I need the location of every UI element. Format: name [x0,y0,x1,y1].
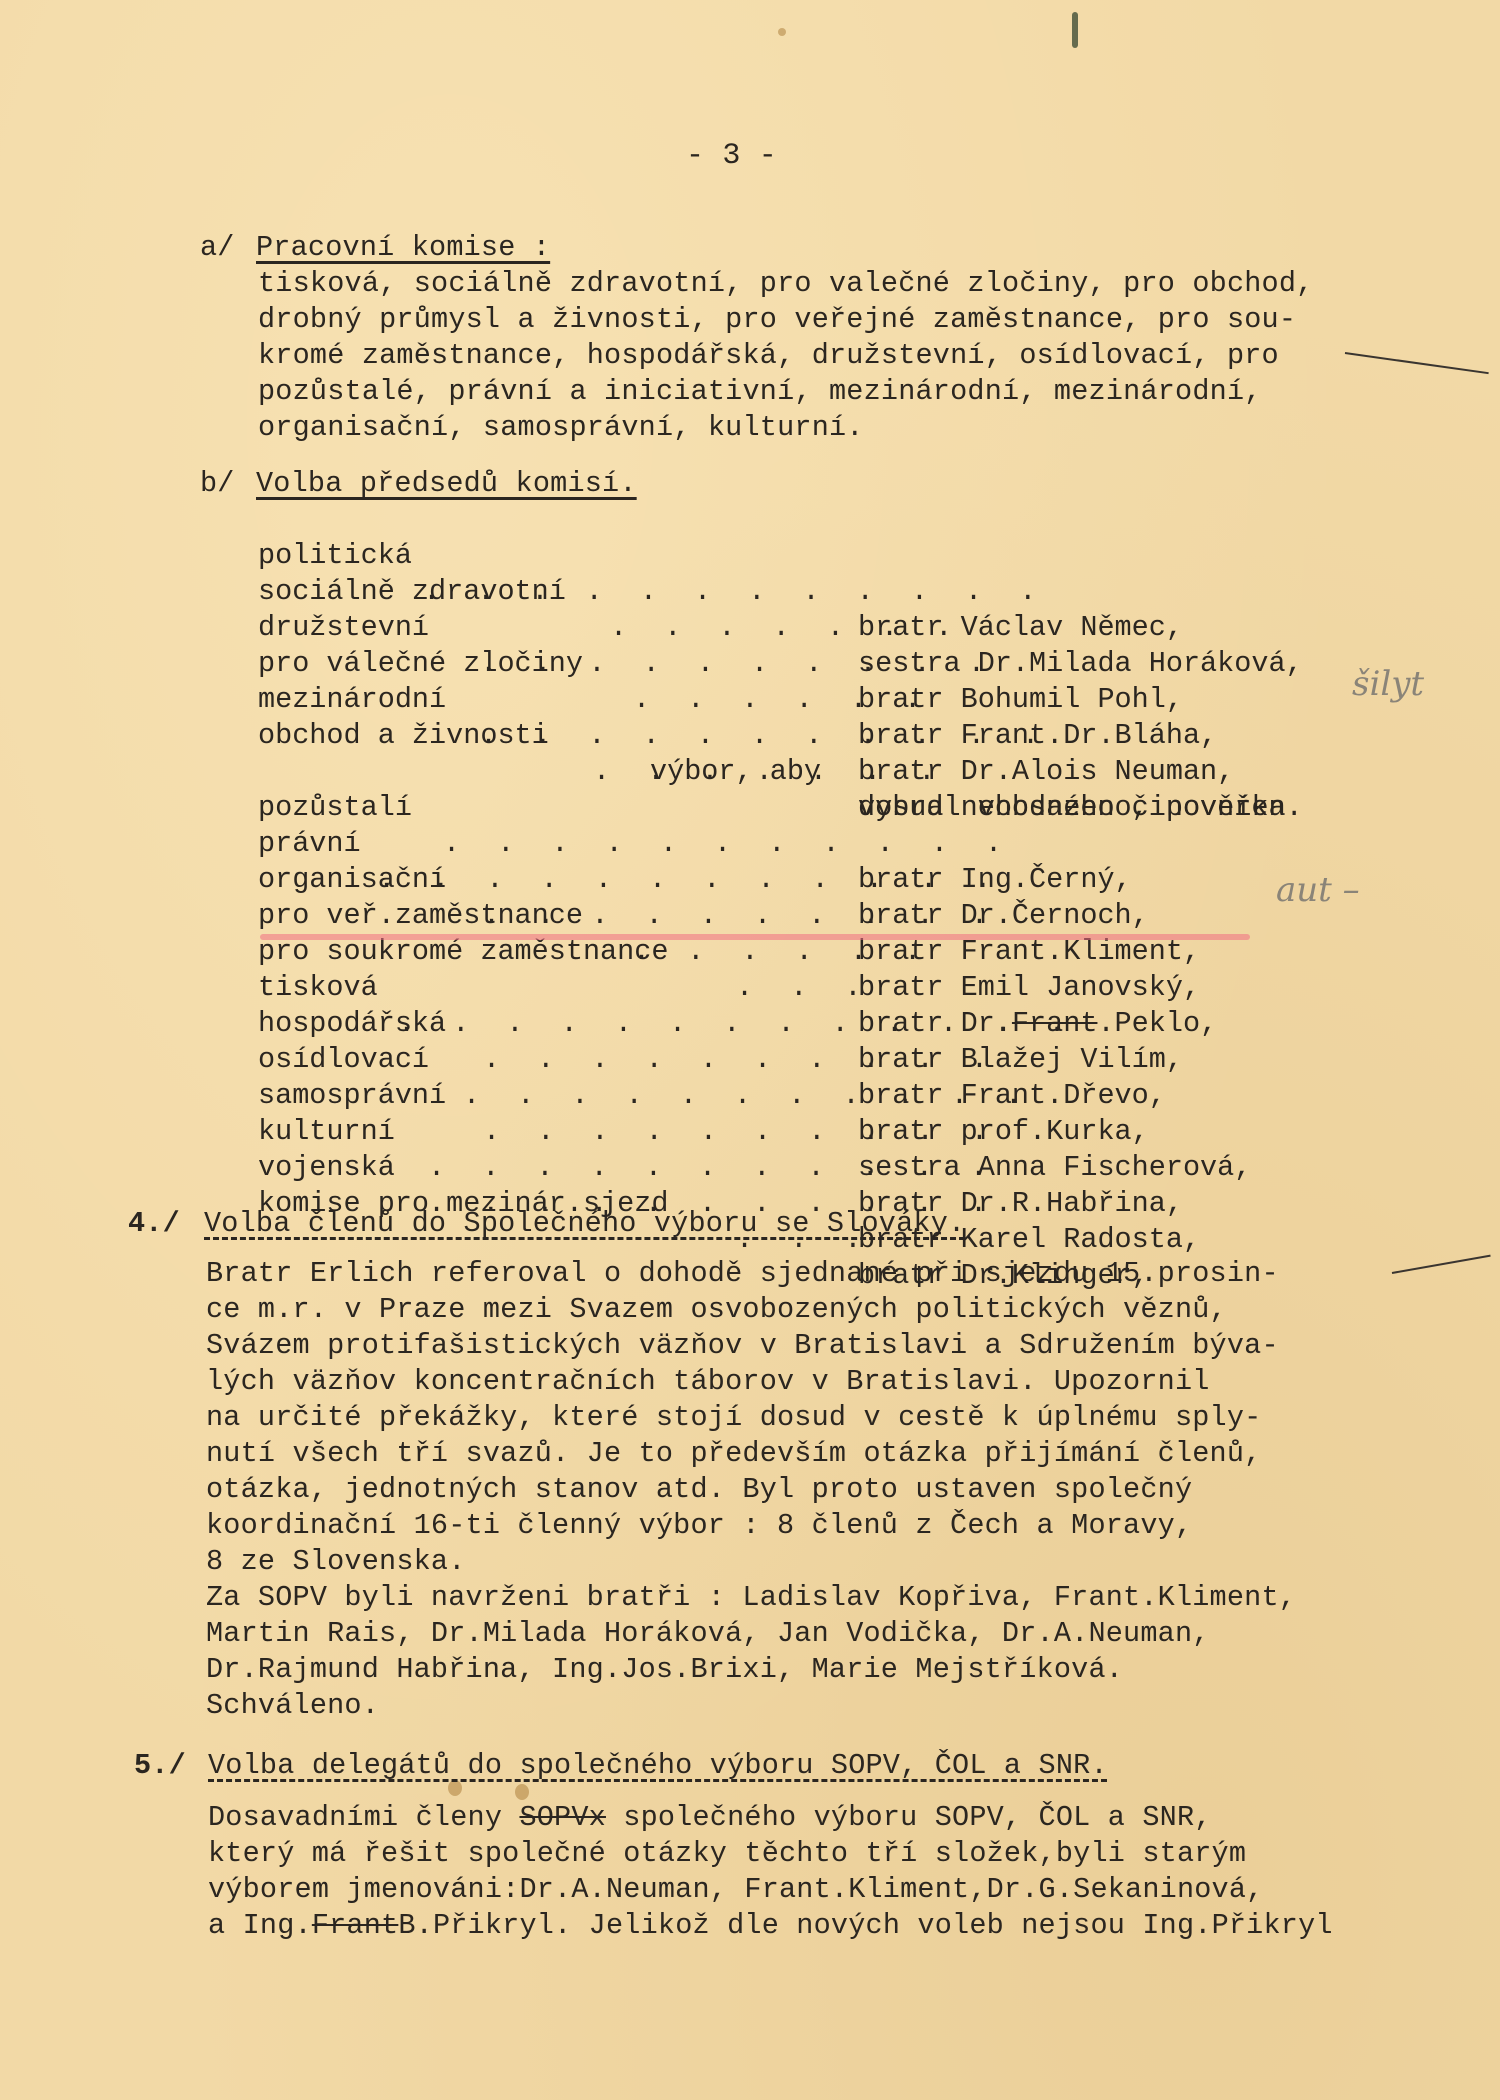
section-b-marker: b/ [200,466,235,502]
chair-row: samosprávní . . . . . . . . . . sestra A… [258,1042,1418,1078]
section-4-line: na určité překážky, které stojí dosud v … [206,1400,1261,1436]
section-4-line: otázka, jednotných stanov atd. Byl proto… [206,1472,1192,1508]
chair-row: výbor, aby vybral vhodného činovníka. [258,718,1418,754]
ink-mark [1072,12,1078,48]
section-a-line: organisační, samosprávní, kulturní. [258,410,864,446]
chair-row: pozůstalí . . . . . . . . . . . bratr In… [258,754,1418,790]
chair-row: pro soukromé zaměstnance . . . bratr Dr.… [258,898,1418,934]
section-4-line: Bratr Erlich referoval o dohodě sjednané… [206,1256,1279,1292]
stain [515,1784,529,1800]
section-a-line: kromé zaměstnance, hospodářská, družstev… [258,338,1279,374]
page-number: - 3 - [686,138,777,174]
struck-text: Frant [312,1909,399,1942]
section-5-line: Dosavadními členy SOPVx společného výbor… [208,1800,1212,1836]
section-5-line: výborem jmenováni:Dr.A.Neuman, Frant.Kli… [208,1872,1263,1908]
section-4-line: lých väzňov koncentračních táborov v Bra… [206,1364,1210,1400]
section-4-line: 8 ze Slovenska. [206,1544,466,1580]
section-4-line: Svázem protifašistických väzňov v Bratis… [206,1328,1279,1364]
chair-row: právní . . . . . . . . . . . . bratr Dr.… [258,790,1418,826]
chair-row: vojenská . . . . . . . . . . . bratr Kar… [258,1114,1418,1150]
chair-row: obchod a živnosti . . . . . . . dosud ne… [258,682,1418,718]
section-4-line: Schváleno. [206,1688,379,1724]
chair-row: osídlovací . . . . . . . . . . . bratr p… [258,1006,1418,1042]
chair-row: tisková . . . . . . . . . . . . . bratr … [258,934,1418,970]
section-a-heading: Pracovní komise : [256,230,550,266]
section-4-line: koordinační 16-ti členný výbor : 8 členů… [206,1508,1192,1544]
chair-row: sociálně zdravotní . . . . . . . sestra … [258,538,1418,574]
chair-row: komise pro mezinár.sjezd . . . bratr Dr.… [258,1150,1418,1186]
chair-row: hospodářská . . . . . . . . . . bratr Fr… [258,970,1418,1006]
stain [778,28,786,36]
section-5-line: který má řešit společné otázky těchto tř… [208,1836,1246,1872]
section-a-marker: a/ [200,230,235,266]
chair-row: politická . . . . . . . . . . . . bratr … [258,502,1418,538]
section-5-heading: Volba delegátů do společného výboru SOPV… [208,1748,1108,1784]
chair-row: kulturní . . . . . . . . . . . bratr Dr.… [258,1078,1418,1114]
handwritten-note: aut – [1276,870,1360,910]
section-5-line: a Ing.FrantB.Přikryl. Jelikož dle nových… [208,1908,1333,1944]
section-a-line: pozůstalé, právní a iniciativní, mezinár… [258,374,1262,410]
pen-stroke [1392,1255,1491,1274]
section-a-line: drobný průmysl a živnosti, pro veřejné z… [258,302,1296,338]
section-4-line: Za SOPV byli navrženi bratři : Ladislav … [206,1580,1296,1616]
chair-row: organisační . . . . . . . . . . bratr Fr… [258,826,1418,862]
struck-text: SOPVx [519,1801,606,1834]
handwritten-note: šilyt [1352,664,1424,704]
chair-row: pro veř.zaměstnance . . . . . . bratr Em… [258,862,1418,898]
chair-row: družstevní . . . . . . . . . . bratr Boh… [258,574,1418,610]
section-4-marker: 4./ [128,1206,180,1242]
section-4-line: Martin Rais, Dr.Milada Horáková, Jan Vod… [206,1616,1210,1652]
section-a-line: tisková, sociálně zdravotní, pro valečné… [258,266,1313,302]
section-4-heading: Volba členů do Společného výboru se Slov… [204,1206,965,1242]
section-4-line: ce m.r. v Praze mezi Svazem osvobozených… [206,1292,1227,1328]
section-b-heading: Volba předsedů komisí. [256,466,637,502]
document-page: - 3 - a/ Pracovní komise : tisková, soci… [0,0,1500,2100]
chair-row: pro válečné zločiny . . . . . . bratr Fr… [258,610,1418,646]
pen-stroke [1345,352,1489,374]
section-5-marker: 5./ [134,1748,186,1784]
chair-row: mezinárodní . . . . . . . . . . . bratr … [258,646,1418,682]
section-4-line: nutí všech tří svazů. Je to především ot… [206,1436,1261,1472]
section-4-line: Dr.Rajmund Habřina, Ing.Jos.Brixi, Marie… [206,1652,1123,1688]
